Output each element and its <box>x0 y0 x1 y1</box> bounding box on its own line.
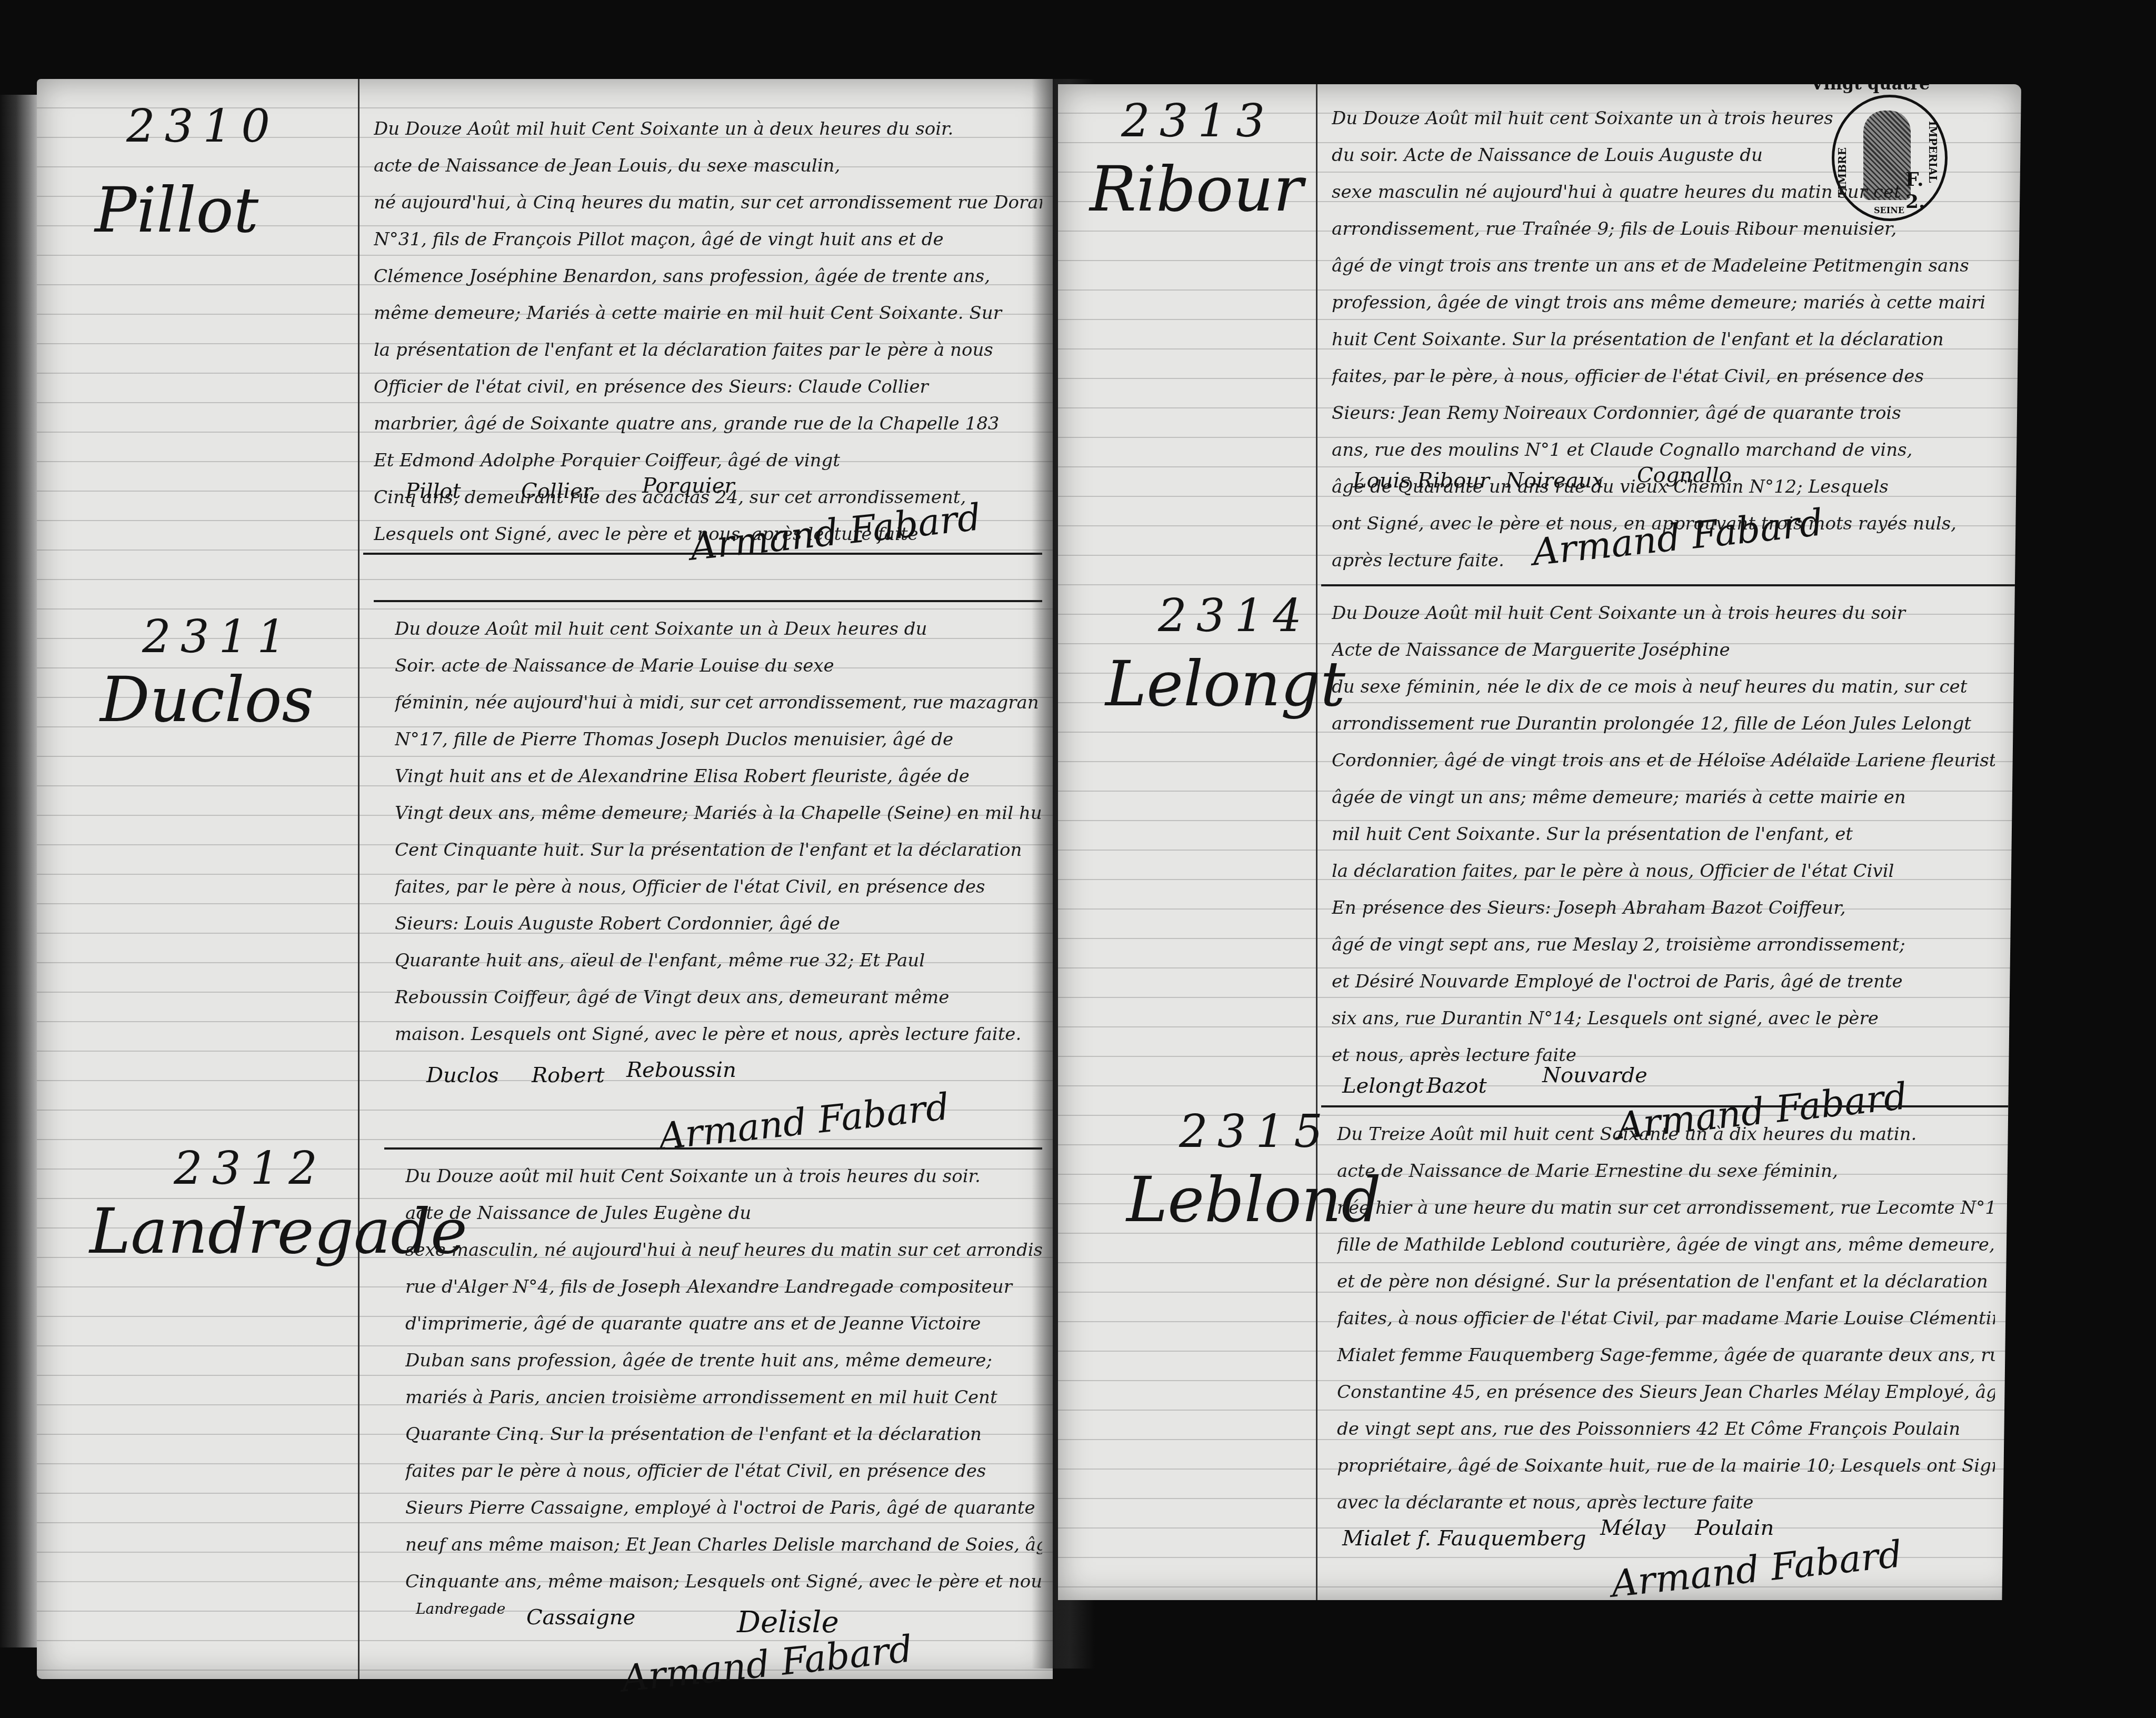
text-line: Du Douze août mil huit Cent Soixante un … <box>405 1158 1042 1195</box>
text-line: Du Douze Août mil huit Cent Soixante un … <box>1332 595 1995 632</box>
text-line: et Désiré Nouvarde Employé de l'octroi d… <box>1332 963 1995 1000</box>
text-line: née hier à une heure du matin sur cet ar… <box>1337 1190 1995 1226</box>
text-line: Acte de Naissance de Marguerite Joséphin… <box>1332 632 1995 668</box>
text-line: Du douze Août mil huit cent Soixante un … <box>395 611 1042 647</box>
text-line: de vingt sept ans, rue des Poissonniers … <box>1337 1411 1995 1447</box>
entry-surname: Lelongt <box>1105 647 1345 720</box>
text-line: Reboussin Coiffeur, âgé de Vingt deux an… <box>395 979 1042 1016</box>
entry-2311: 2311 Duclos Du douze Août mil huit cent … <box>37 611 1053 1147</box>
signature: Cognallo <box>1637 463 1732 487</box>
entry-text: Du Douze Août mil huit cent Soixante un … <box>1332 100 1984 579</box>
entry-separator <box>1321 1105 2016 1107</box>
text-line: sexe masculin né aujourd'hui à quatre he… <box>1332 174 1984 211</box>
entry-2315: 2315 Leblond Du Treize Août mil huit cen… <box>1058 1095 2021 1600</box>
text-line: propriétaire, âgé de Soixante huit, rue … <box>1337 1447 1995 1484</box>
text-line: Cordonnier, âgé de vingt trois ans et de… <box>1332 742 1995 779</box>
text-line: huit Cent Soixante. Sur la présentation … <box>1332 321 1984 358</box>
text-line: acte de Naissance de Jules Eugène du <box>405 1195 1042 1232</box>
text-line: âgé de vingt trois ans trente un ans et … <box>1332 247 1984 284</box>
text-line: arrondissement, rue Traînée 9; fils de L… <box>1332 211 1984 247</box>
text-line: et de père non désigné. Sur la présentat… <box>1337 1263 1995 1300</box>
signature: Nouvarde <box>1542 1063 1648 1087</box>
signature: Louis Ribour <box>1353 468 1490 493</box>
text-line: Du Douze Août mil huit Cent Soixante un … <box>374 111 1042 147</box>
signature: Delisle <box>737 1605 839 1640</box>
text-line: Quarante huit ans, aïeul de l'enfant, mê… <box>395 942 1042 979</box>
text-line: mariés à Paris, ancien troisième arrondi… <box>405 1379 1042 1416</box>
text-line: du soir. Acte de Naissance de Louis Augu… <box>1332 137 1984 174</box>
text-line: du sexe féminin, née le dix de ce mois à… <box>1332 668 1995 705</box>
entry-number: 2312 <box>174 1142 327 1195</box>
text-line: âgée de vingt un ans; même demeure; mari… <box>1332 779 1995 816</box>
signature: Mélay <box>1600 1516 1665 1540</box>
text-line: profession, âgée de vingt trois ans même… <box>1332 284 1984 321</box>
signature: Porquier <box>642 474 734 498</box>
text-line: sexe masculin, né aujourd'hui à neuf heu… <box>405 1232 1042 1268</box>
text-line: faites par le père à nous, officier de l… <box>405 1453 1042 1490</box>
left-page: 2310 Pillot Du Douze Août mil huit Cent … <box>37 79 1053 1679</box>
text-line: faites, par le père à nous, Officier de … <box>395 868 1042 905</box>
signature: Collier <box>521 479 593 503</box>
text-line: Soir. acte de Naissance de Marie Louise … <box>395 647 1042 684</box>
signature: Pillot <box>405 479 461 503</box>
text-line: Cent Cinquante huit. Sur la présentation… <box>395 832 1042 868</box>
text-line: la présentation de l'enfant et la déclar… <box>374 332 1042 368</box>
text-line: Duban sans profession, âgée de trente hu… <box>405 1342 1042 1379</box>
text-line: même demeure; Mariés à cette mairie en m… <box>374 295 1042 332</box>
entry-surname: Pillot <box>95 174 258 246</box>
text-line: mil huit Cent Soixante. Sur la présentat… <box>1332 816 1995 853</box>
text-line: Officier de l'état civil, en présence de… <box>374 368 1042 405</box>
entry-2313: 2313 Ribour Du Douze Août mil huit cent … <box>1058 84 2021 611</box>
text-line: rue d'Alger N°4, fils de Joseph Alexandr… <box>405 1268 1042 1305</box>
text-line: fille de Mathilde Leblond couturière, âg… <box>1337 1226 1995 1263</box>
entry-2310: 2310 Pillot Du Douze Août mil huit Cent … <box>37 79 1053 605</box>
entry-separator <box>384 1147 1042 1150</box>
entry-number: 2313 <box>1121 95 1274 147</box>
text-line: Quarante Cinq. Sur la présentation de l'… <box>405 1416 1042 1453</box>
text-line: faites, par le père, à nous, officier de… <box>1332 358 1984 395</box>
text-line: Vingt huit ans et de Alexandrine Elisa R… <box>395 758 1042 795</box>
text-line: Sieurs: Jean Remy Noireaux Cordonnier, â… <box>1332 395 1984 432</box>
text-line: Sieurs: Louis Auguste Robert Cordonnier,… <box>395 905 1042 942</box>
text-line: Cinquante ans, même maison; Lesquels ont… <box>405 1563 1042 1600</box>
signature: Poulain <box>1695 1516 1774 1540</box>
entry-2314: 2314 Lelongt Du Douze Août mil huit Cent… <box>1058 590 2021 1116</box>
text-line: arrondissement rue Durantin prolongée 12… <box>1332 705 1995 742</box>
signature: Cassaigne <box>526 1605 635 1630</box>
text-line: six ans, rue Durantin N°14; Lesquels ont… <box>1332 1000 1995 1037</box>
signature: Reboussin <box>626 1058 736 1082</box>
signature: Duclos <box>426 1063 499 1087</box>
entry-2312: 2312 Landregade Du Douze août mil huit C… <box>37 1142 1053 1669</box>
text-line: Du Douze Août mil huit cent Soixante un … <box>1332 100 1984 137</box>
entry-text: Du Treize Août mil huit cent Soixante un… <box>1337 1116 1995 1521</box>
text-line: Constantine 45, en présence des Sieurs J… <box>1337 1374 1995 1411</box>
text-line: avec la déclarante et nous, après lectur… <box>1337 1484 1995 1521</box>
register-spread: 2310 Pillot Du Douze Août mil huit Cent … <box>0 0 2156 1718</box>
entry-text: Du Douze août mil huit Cent Soixante un … <box>405 1158 1042 1600</box>
entry-text: Du Douze Août mil huit Cent Soixante un … <box>1332 595 1995 1074</box>
text-line: neuf ans même maison; Et Jean Charles De… <box>405 1526 1042 1563</box>
text-line: âgé de vingt sept ans, rue Meslay 2, tro… <box>1332 926 1995 963</box>
entry-surname: Ribour <box>1090 153 1303 225</box>
text-line: acte de Naissance de Marie Ernestine du … <box>1337 1153 1995 1190</box>
entry-number: 2314 <box>1158 590 1311 642</box>
entry-number: 2315 <box>1179 1105 1332 1158</box>
right-page: Vingt quatre TIMBRE IMPERIAL F. 2. SEINE… <box>1058 84 2021 1600</box>
signature: Landregade <box>416 1600 505 1617</box>
text-line: Sieurs Pierre Cassaigne, employé à l'oct… <box>405 1490 1042 1526</box>
text-line: faites, à nous officier de l'état Civil,… <box>1337 1300 1995 1337</box>
entry-separator <box>374 600 1042 602</box>
entry-surname: Duclos <box>100 663 314 736</box>
text-line: féminin, née aujourd'hui à midi, sur cet… <box>395 684 1042 721</box>
signature: Noireaux <box>1505 468 1604 493</box>
text-line: Mialet femme Fauquemberg Sage-femme, âgé… <box>1337 1337 1995 1374</box>
entry-text: Du douze Août mil huit cent Soixante un … <box>395 611 1042 1053</box>
signature: Robert <box>532 1063 605 1087</box>
text-line: En présence des Sieurs: Joseph Abraham B… <box>1332 890 1995 926</box>
text-line: Clémence Joséphine Benardon, sans profes… <box>374 258 1042 295</box>
text-line: N°31, fils de François Pillot maçon, âgé… <box>374 221 1042 258</box>
text-line: né aujourd'hui, à Cinq heures du matin, … <box>374 184 1042 221</box>
text-line: acte de Naissance de Jean Louis, du sexe… <box>374 147 1042 184</box>
signature: Mialet f. Fauquemberg <box>1342 1526 1586 1551</box>
text-line: et nous, après lecture faite <box>1332 1037 1995 1074</box>
entry-number: 2311 <box>142 611 295 663</box>
text-line: Vingt deux ans, même demeure; Mariés à l… <box>395 795 1042 832</box>
text-line: d'imprimerie, âgé de quarante quatre ans… <box>405 1305 1042 1342</box>
text-line: la déclaration faites, par le père à nou… <box>1332 853 1995 890</box>
text-line: Du Treize Août mil huit cent Soixante un… <box>1337 1116 1995 1153</box>
text-line: maison. Lesquels ont Signé, avec le père… <box>395 1016 1042 1053</box>
text-line: marbrier, âgé de Soixante quatre ans, gr… <box>374 405 1042 442</box>
text-line: N°17, fille de Pierre Thomas Joseph Ducl… <box>395 721 1042 758</box>
entry-number: 2310 <box>126 100 280 153</box>
entry-separator <box>1321 584 2016 586</box>
